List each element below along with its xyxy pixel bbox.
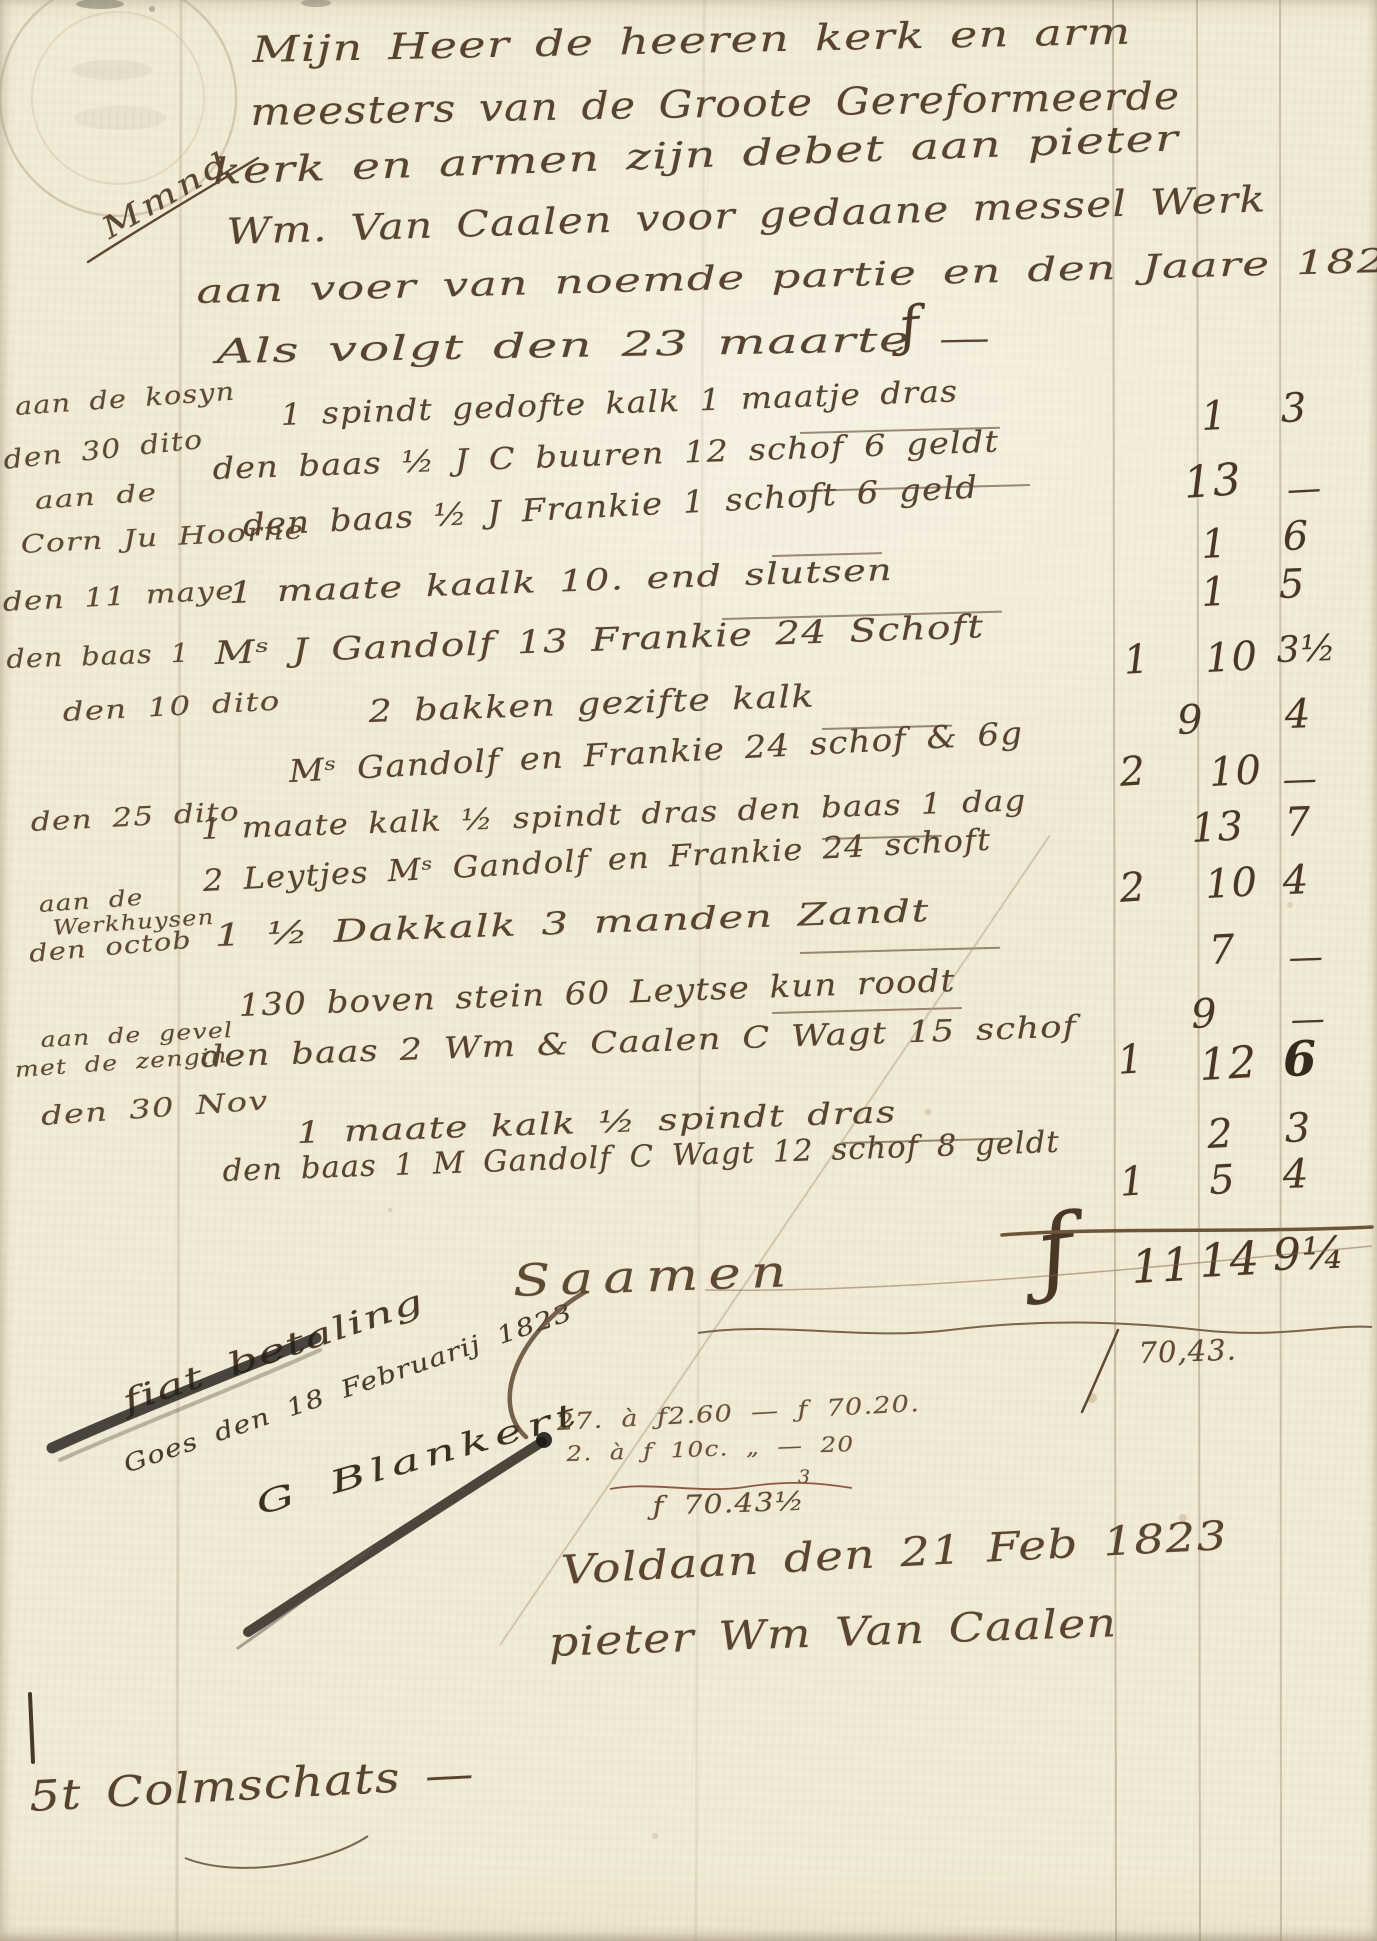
- ink-flourishes-layer: [0, 0, 1377, 1941]
- sum-rule: [1002, 1227, 1372, 1235]
- total-flourish-line: [705, 1246, 1372, 1290]
- calc-rule: [610, 1483, 852, 1489]
- pencil-stroke-thin: [238, 1548, 372, 1648]
- pencil-stroke-upper-echo: [60, 1350, 320, 1460]
- pencil-stroke-end-blob: [536, 1432, 552, 1448]
- manuscript-page: Mijn Heer de heeren kerk en arm meesters…: [0, 0, 1377, 1941]
- archive-note-flourish: [185, 1836, 368, 1868]
- margin-mark-slash: [88, 158, 258, 262]
- converted-total-slash: [1082, 1330, 1118, 1412]
- pencil-stroke-lower: [248, 1442, 542, 1632]
- wavy-rule: [698, 1322, 1372, 1333]
- total-flourish-tail: [510, 1292, 585, 1437]
- pencil-stroke-upper: [52, 1338, 316, 1448]
- ink-tick-mark: [30, 1694, 33, 1762]
